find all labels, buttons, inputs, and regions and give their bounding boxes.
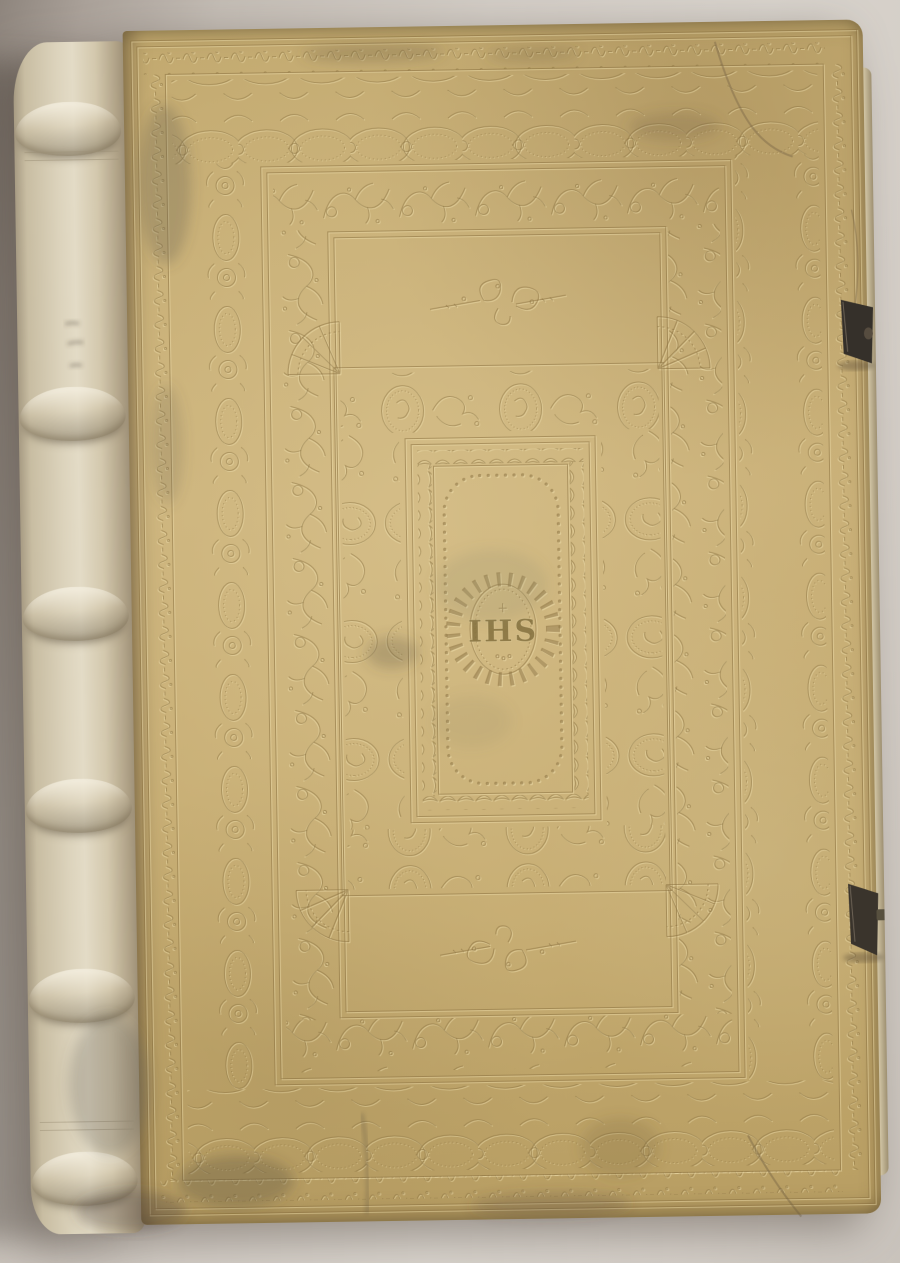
book-photo: IHS — [13, 13, 890, 1242]
spine-tooling — [24, 151, 133, 1130]
spine-inscription — [65, 323, 84, 366]
cover-tooling: IHS — [13, 13, 890, 1242]
studio-backdrop: IHS — [0, 0, 900, 1263]
